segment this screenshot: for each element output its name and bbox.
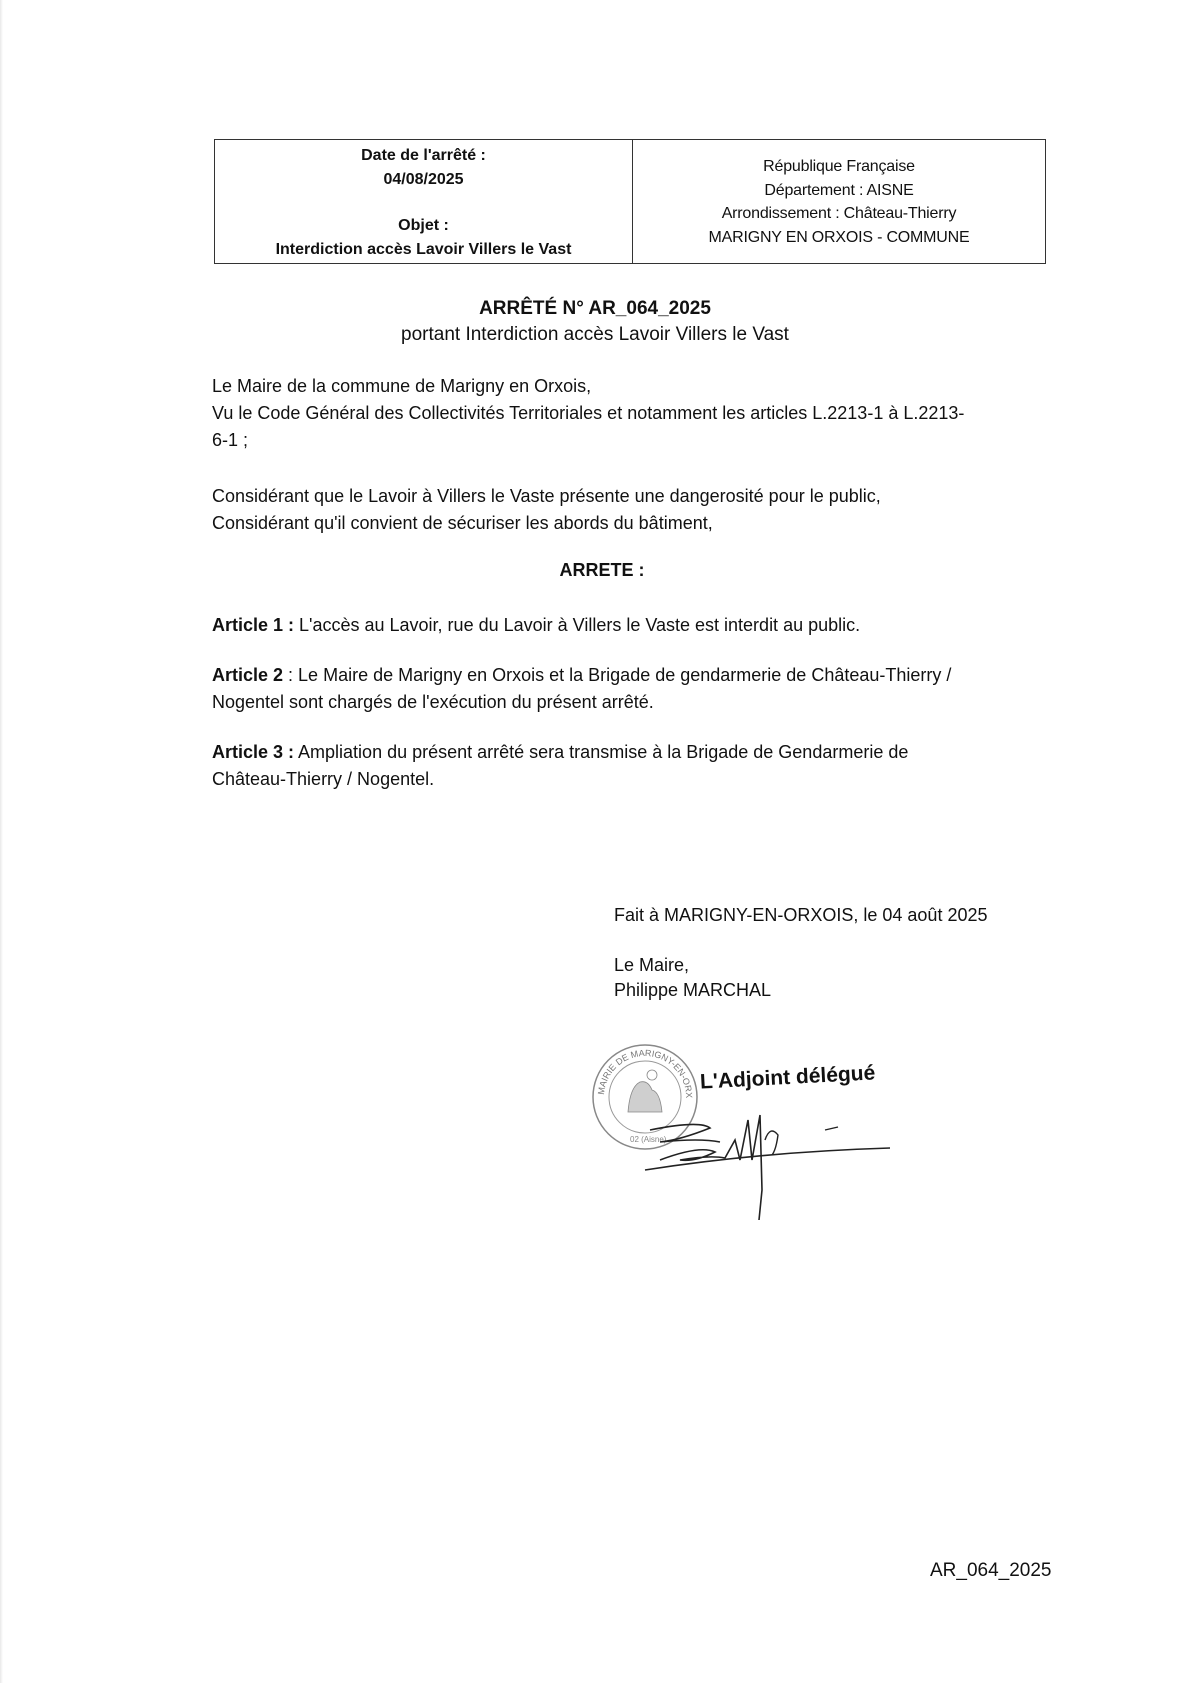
scan-edge — [0, 0, 3, 1683]
signatory-role: Le Maire, — [614, 953, 689, 978]
arrondissement-line: Arrondissement : Château-Thierry — [633, 202, 1045, 226]
header-right-cell: République Française Département : AISNE… — [633, 140, 1045, 263]
article-1: Article 1 : L'accès au Lavoir, rue du La… — [212, 612, 992, 639]
article-1-label: Article 1 : — [212, 615, 294, 635]
preamble: Le Maire de la commune de Marigny en Orx… — [212, 373, 992, 454]
article-3-label: Article 3 : — [212, 742, 294, 762]
document-reference: AR_064_2025 — [930, 1560, 1052, 1582]
considerants: Considérant que le Lavoir à Villers le V… — [212, 483, 992, 537]
deputy-label: L'Adjoint délégué — [699, 1061, 875, 1094]
article-3: Article 3 : Ampliation du présent arrêté… — [212, 739, 982, 793]
header-box: Date de l'arrêté : 04/08/2025 Objet : In… — [214, 139, 1046, 264]
commune-line: MARIGNY EN ORXOIS - COMMUNE — [633, 226, 1045, 250]
arrete-heading: ARRETE : — [212, 557, 992, 584]
date-label: Date de l'arrêté : — [215, 144, 632, 168]
document-title: ARRÊTÉ N° AR_064_2025 — [0, 297, 1190, 321]
department-line: Département : AISNE — [633, 179, 1045, 203]
object-value: Interdiction accès Lavoir Villers le Vas… — [215, 238, 632, 262]
object-label: Objet : — [215, 214, 632, 238]
signatory-name: Philippe MARCHAL — [614, 978, 771, 1003]
preamble-mayor: Le Maire de la commune de Marigny en Orx… — [212, 373, 992, 400]
document-page: Date de l'arrêté : 04/08/2025 Objet : In… — [0, 0, 1190, 1683]
considerant-2: Considérant qu'il convient de sécuriser … — [212, 510, 992, 537]
article-2-label: Article 2 — [212, 665, 283, 685]
republic-line: République Française — [633, 155, 1045, 179]
article-2-text: : Le Maire de Marigny en Orxois et la Br… — [212, 665, 951, 712]
article-1-text: L'accès au Lavoir, rue du Lavoir à Ville… — [294, 615, 860, 635]
considerant-1: Considérant que le Lavoir à Villers le V… — [212, 483, 992, 510]
article-2: Article 2 : Le Maire de Marigny en Orxoi… — [212, 662, 982, 716]
preamble-code: Vu le Code Général des Collectivités Ter… — [212, 400, 972, 454]
document-subtitle: portant Interdiction accès Lavoir Viller… — [0, 323, 1190, 347]
place-date: Fait à MARIGNY-EN-ORXOIS, le 04 août 202… — [614, 903, 988, 928]
date-value: 04/08/2025 — [215, 168, 632, 192]
header-left-cell: Date de l'arrêté : 04/08/2025 Objet : In… — [215, 140, 633, 263]
handwritten-signature-icon — [640, 1100, 920, 1220]
article-3-text: Ampliation du présent arrêté sera transm… — [212, 742, 908, 789]
